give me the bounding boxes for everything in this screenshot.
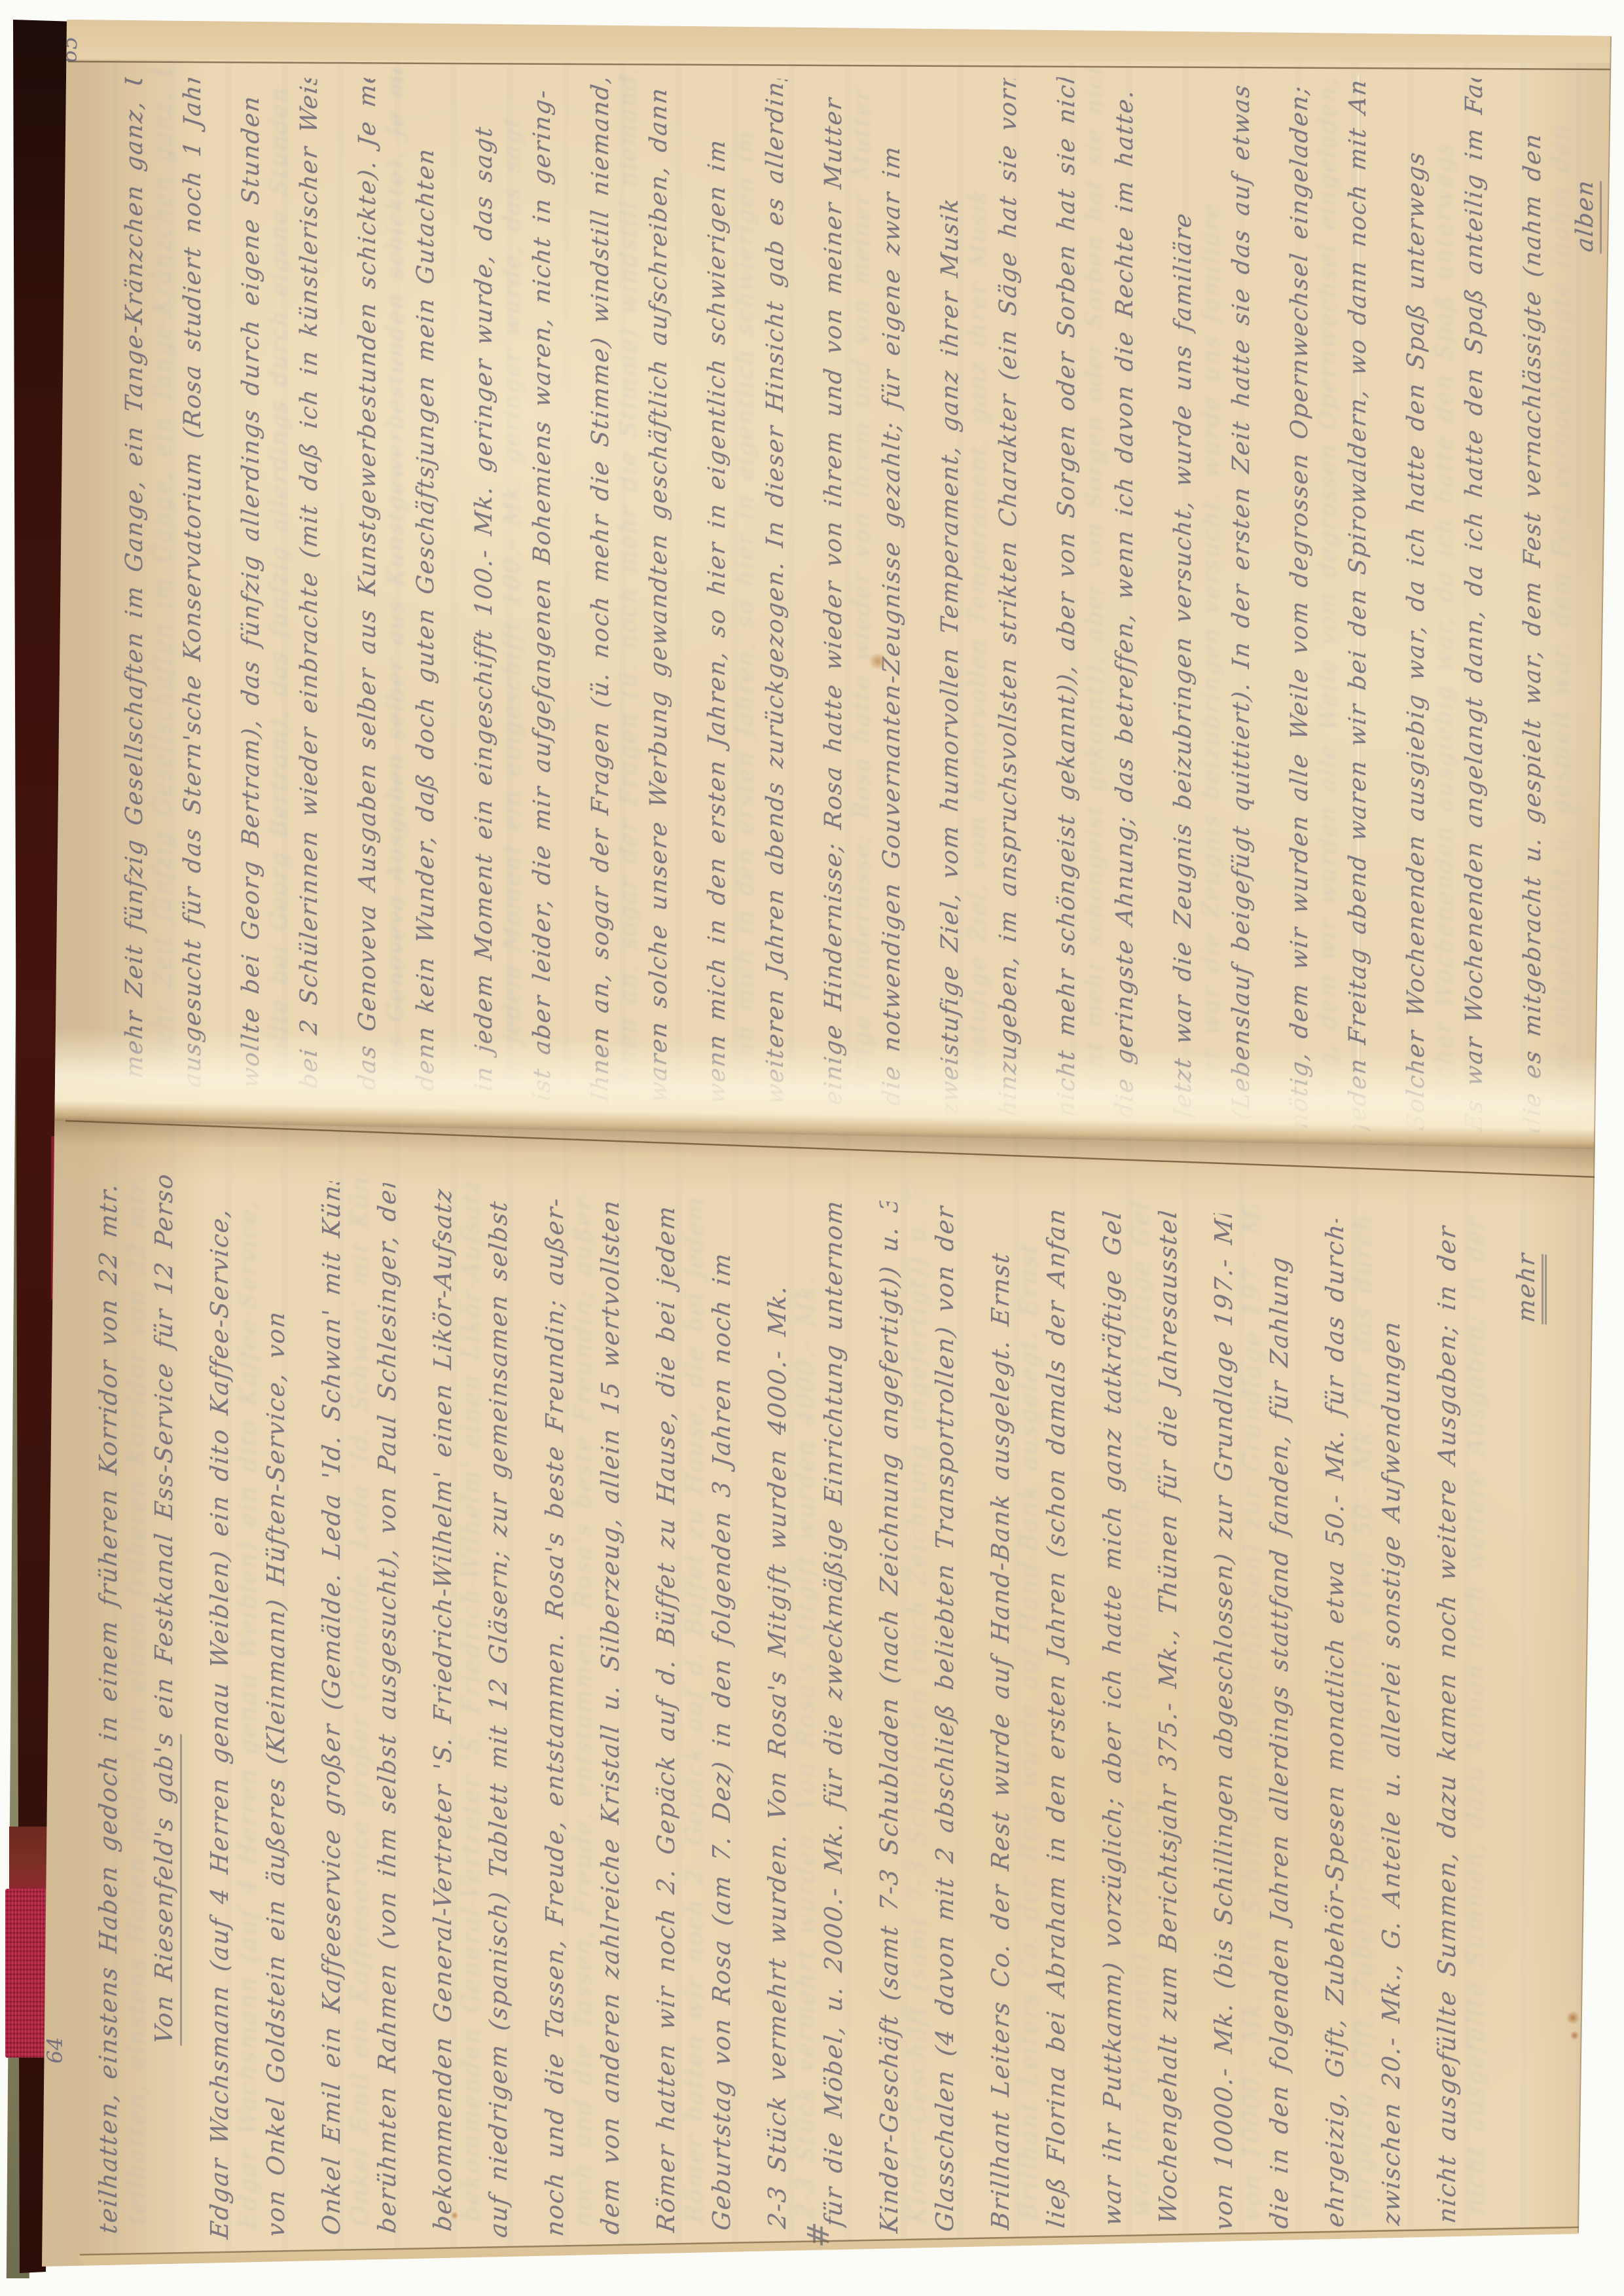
page-edge-line-bottom [80, 2227, 1580, 2255]
center-fold-crease-line [65, 1121, 1615, 1178]
cover-fabric-dark-patch [9, 1827, 47, 1892]
open-pages-paper: 65 mehr Zeit fünfzig Gesellschaften im G… [0, 0, 1624, 2296]
book-scan: 65 mehr Zeit fünfzig Gesellschaften im G… [0, 0, 1624, 2296]
page-edge-line-right [1578, 37, 1611, 2232]
page-edge-line-top [68, 62, 1610, 69]
cover-fabric-red-patch [5, 1889, 46, 2058]
scanned-diary-screenshot: { "document": { "type": "scan of an open… [0, 0, 1624, 2296]
page-edge-lines [0, 0, 1624, 2296]
